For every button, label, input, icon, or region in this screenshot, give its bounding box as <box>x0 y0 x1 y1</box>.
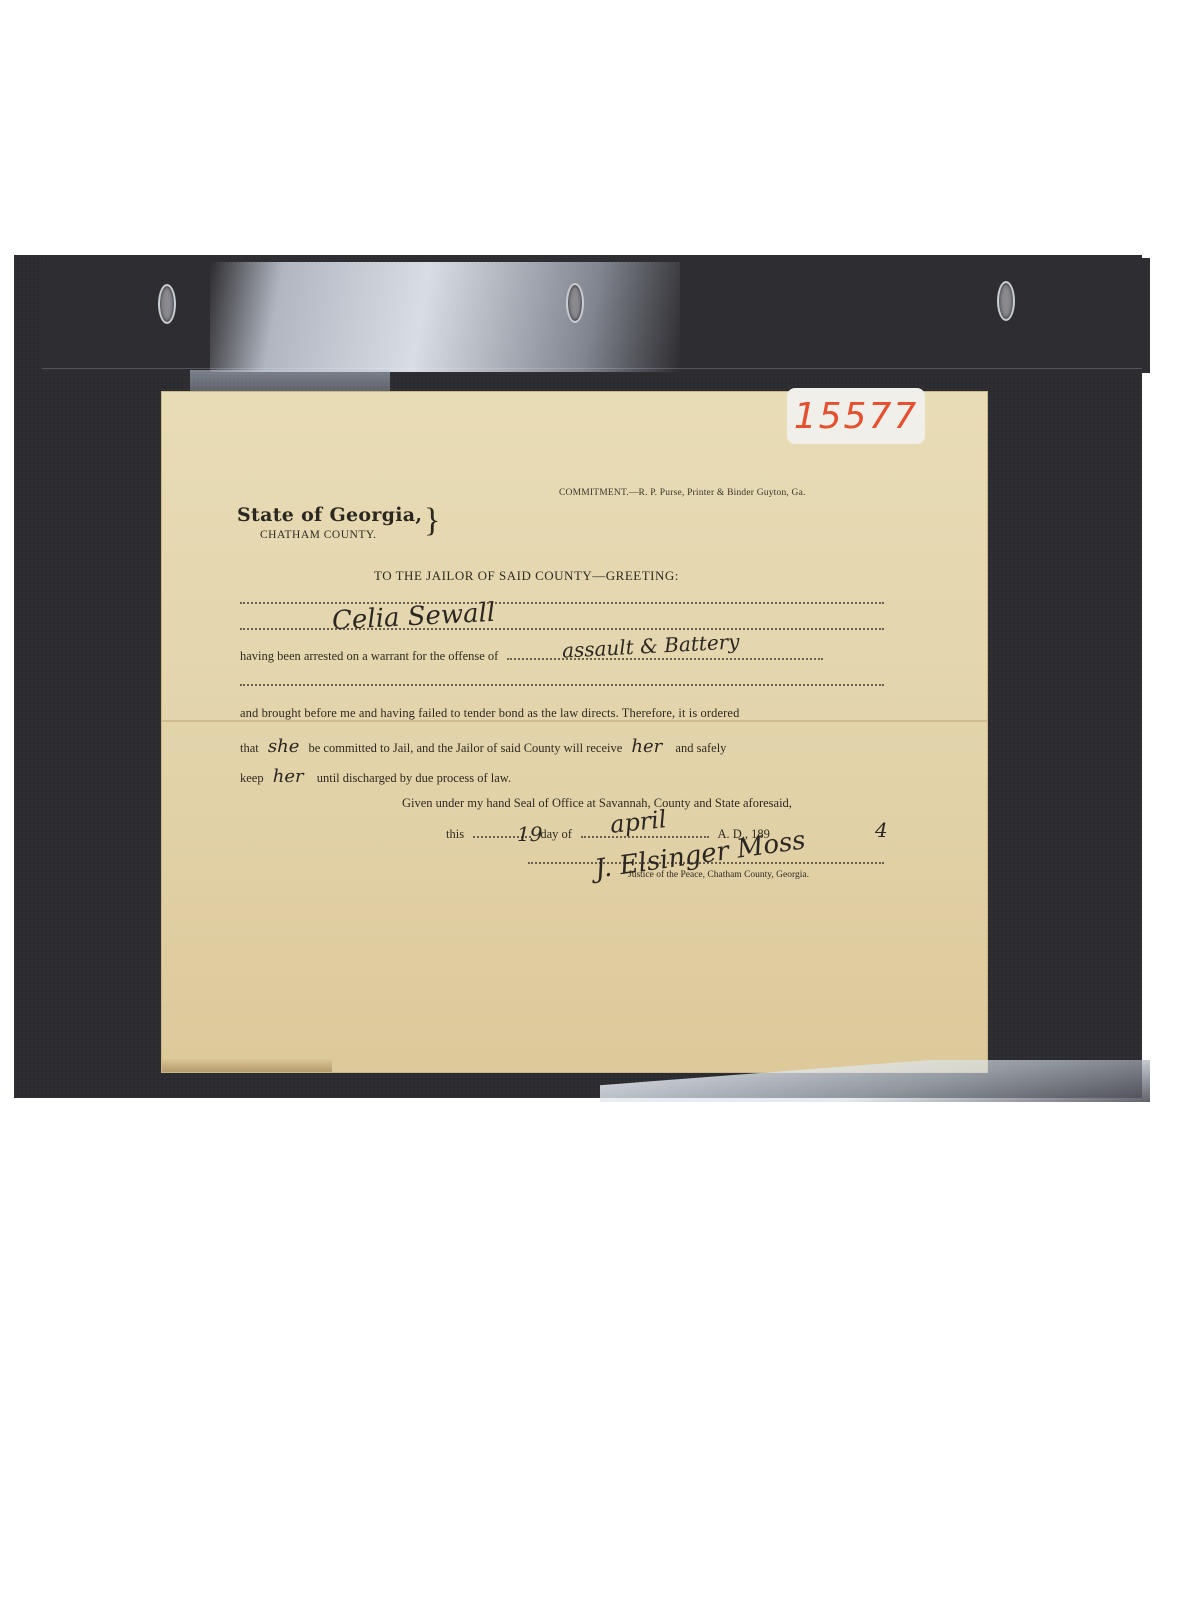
state-heading: State of Georgia, <box>237 504 422 526</box>
sleeve-glare <box>210 262 680 372</box>
printer-credit: COMMITMENT.—R. P. Purse, Printer & Binde… <box>559 488 806 498</box>
blank-line <box>240 674 884 690</box>
signer-title: Justice of the Peace, Chatham County, Ge… <box>628 870 809 880</box>
discharge-text: until discharged by due process of law. <box>317 771 511 785</box>
day-of-label: day of <box>540 827 572 841</box>
safely-text: and safely <box>675 741 726 755</box>
inventory-sticker: 15577 <box>787 388 925 444</box>
given-line: Given under my hand Seal of Office at Sa… <box>402 796 1046 811</box>
county-heading: CHATHAM COUNTY. <box>260 529 377 541</box>
committed-line: that she be committed to Jail, and the J… <box>240 736 884 757</box>
punch-hole <box>158 284 176 324</box>
offense-prefix: having been arrested on a warrant for th… <box>240 649 498 663</box>
committed-text: be committed to Jail, and the Jailor of … <box>308 741 622 755</box>
day-value: 19 <box>517 822 542 846</box>
keep-label: keep <box>240 771 264 785</box>
month-value: april <box>609 805 668 839</box>
keep-line: keep her until discharged by due process… <box>240 766 884 787</box>
greeting: TO THE JAILOR OF SAID COUNTY—GREETING: <box>374 568 679 584</box>
punch-hole <box>997 281 1015 321</box>
year-digit: 4 <box>875 818 888 842</box>
punch-hole <box>566 283 584 323</box>
paper-stain <box>162 1058 332 1072</box>
pronoun-object-1: her <box>631 736 662 757</box>
commitment-document: 15577 COMMITMENT.—R. P. Purse, Printer &… <box>162 392 987 1072</box>
pronoun-object-2: her <box>273 766 304 787</box>
pronoun-subject: she <box>268 736 299 757</box>
brace-icon: } <box>424 502 440 540</box>
that-label: that <box>240 741 259 755</box>
bond-line: and brought before me and having failed … <box>240 706 884 721</box>
this-label: this <box>446 827 464 841</box>
